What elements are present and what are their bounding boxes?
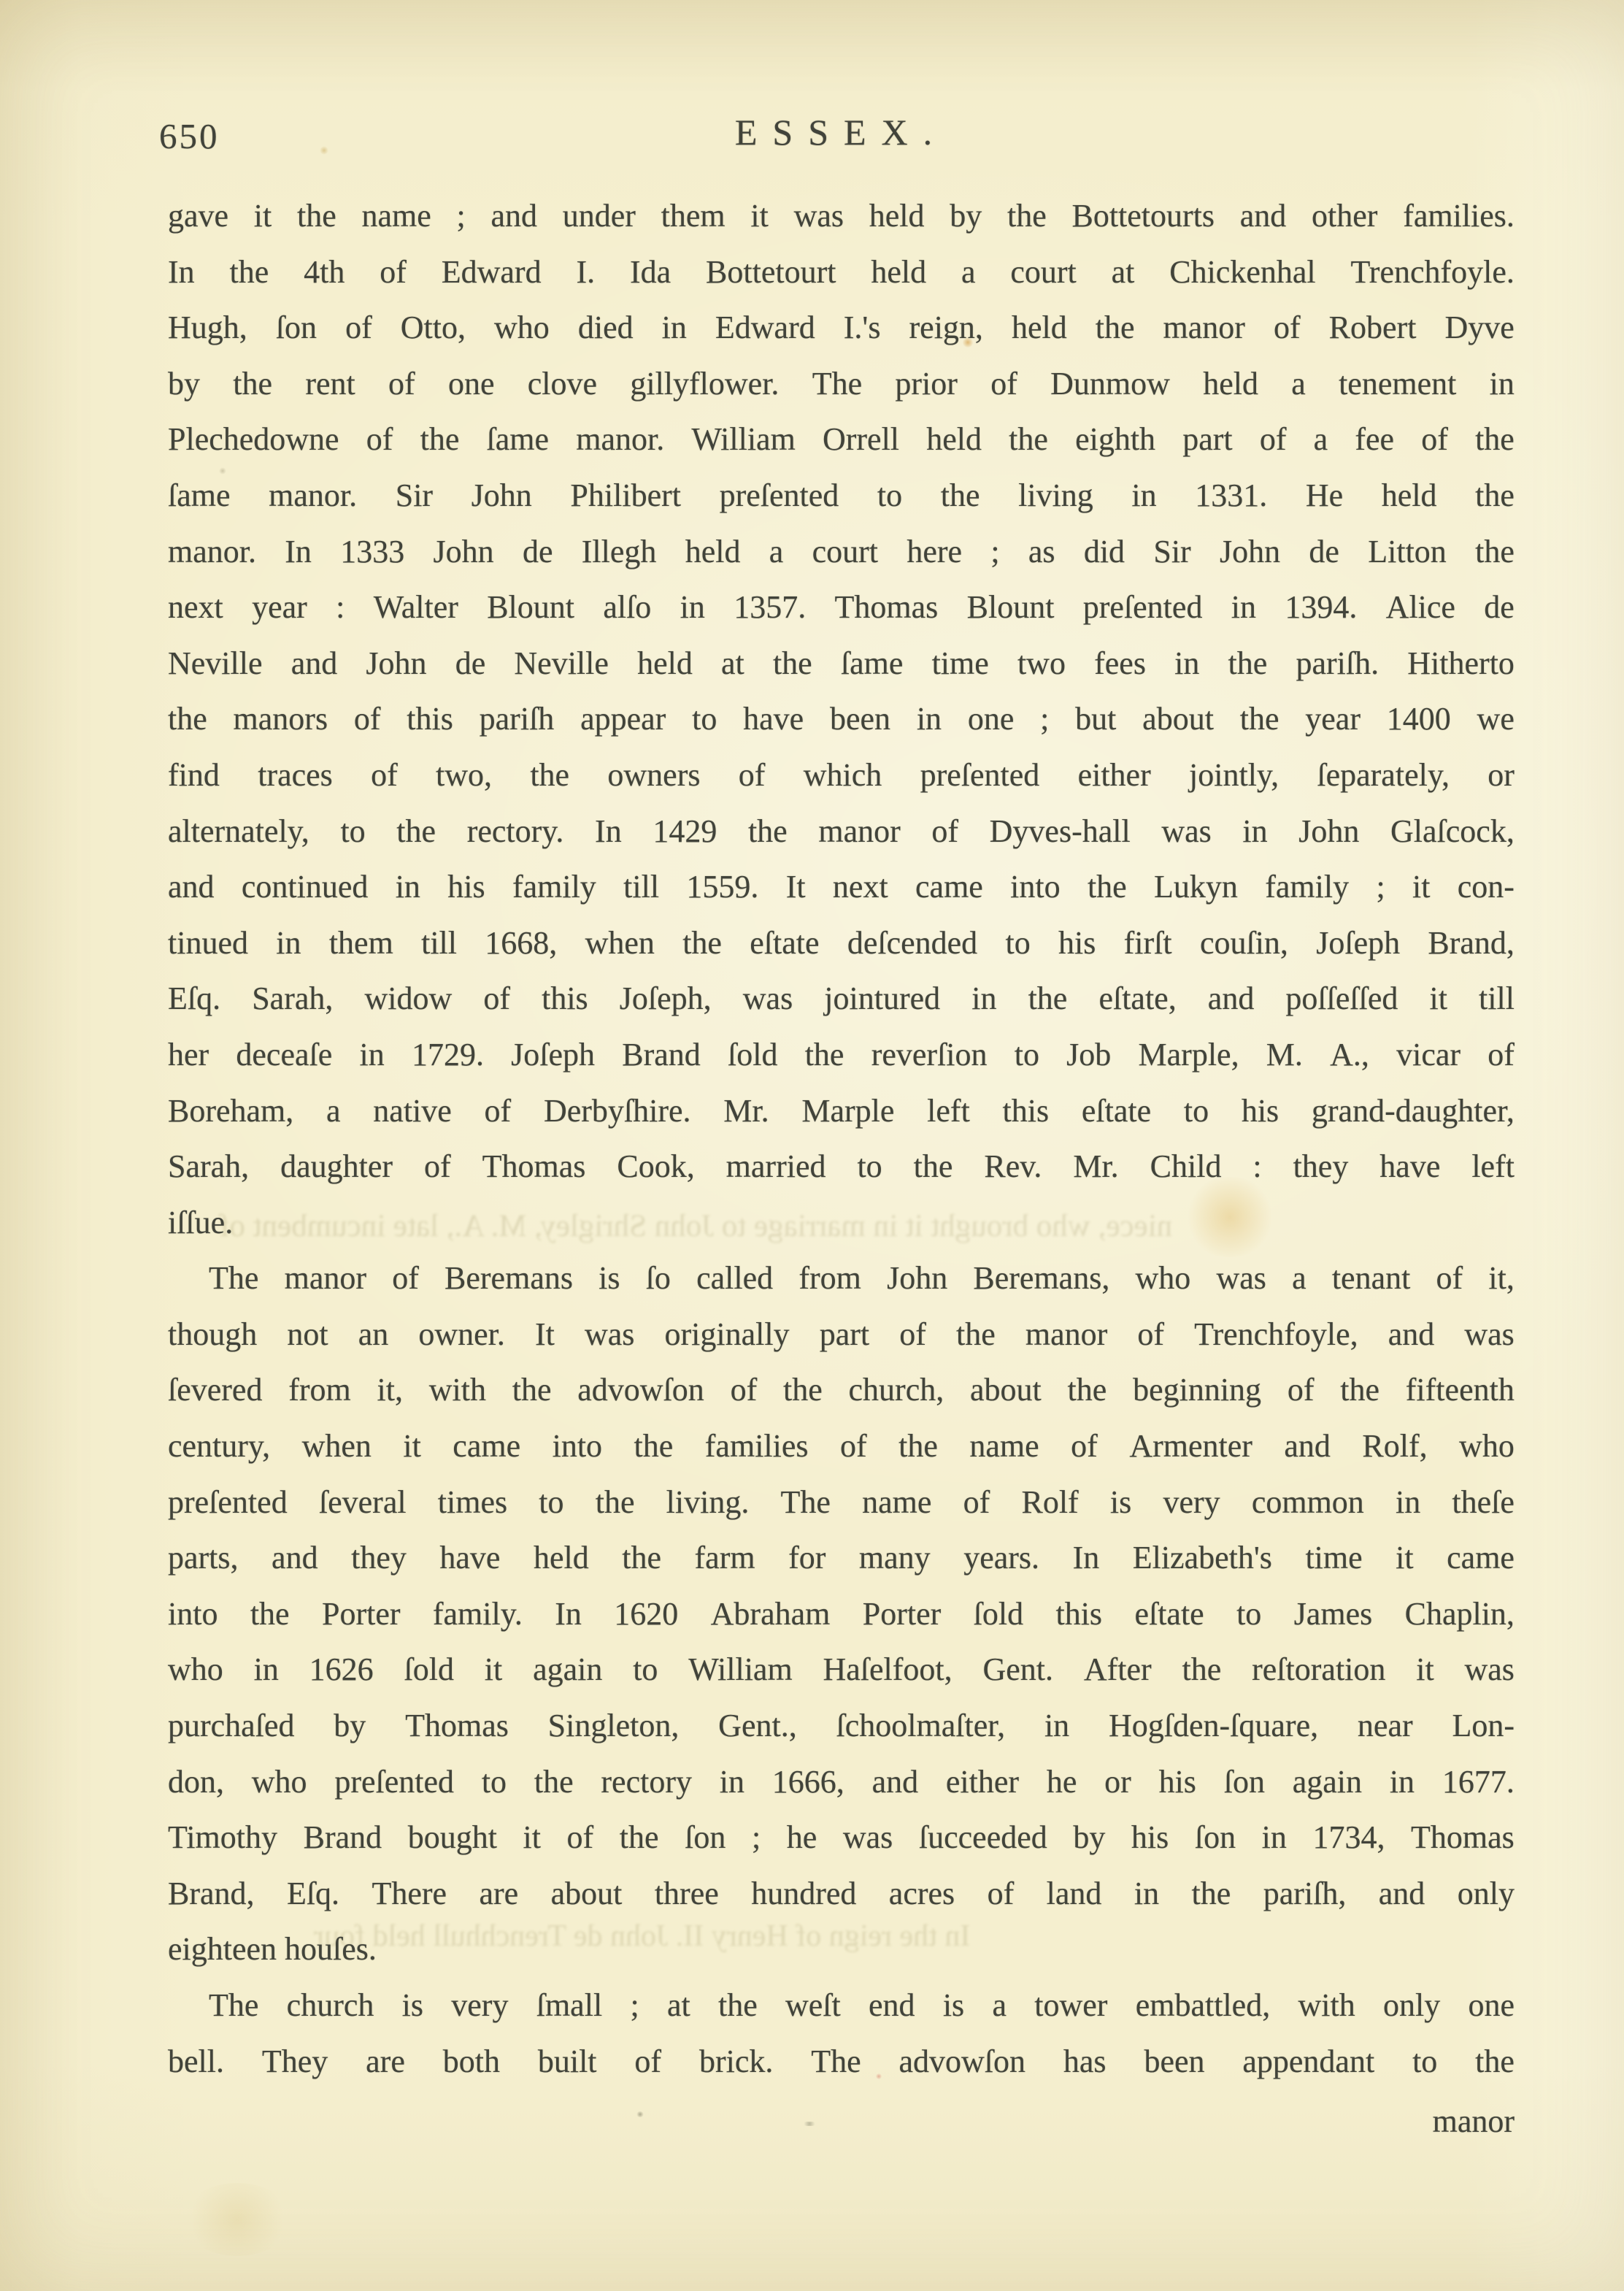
word: common bbox=[1252, 1475, 1364, 1531]
word: in bbox=[917, 691, 942, 748]
word: John bbox=[1298, 804, 1359, 860]
word: came bbox=[453, 1419, 520, 1475]
text-line: century,whenitcameintothefamiliesofthena… bbox=[168, 1419, 1515, 1475]
word: preſented bbox=[168, 1475, 288, 1531]
word: of bbox=[345, 300, 372, 356]
word: built bbox=[538, 2034, 597, 2090]
word: Thomas bbox=[1411, 1810, 1515, 1866]
word: The bbox=[811, 2034, 861, 2090]
word: traces bbox=[258, 748, 333, 804]
word: ſmall bbox=[536, 1978, 602, 2034]
text-line: bytherentofoneclovegillyflower.Theprioro… bbox=[168, 356, 1515, 412]
word: fifteenth bbox=[1406, 1362, 1515, 1419]
word: a bbox=[769, 524, 784, 580]
word: in bbox=[1396, 1475, 1420, 1531]
word: of bbox=[1436, 1251, 1463, 1307]
word: when bbox=[302, 1419, 372, 1475]
word: John bbox=[366, 636, 426, 692]
word: Eſq. bbox=[168, 971, 220, 1027]
word: of bbox=[1274, 300, 1301, 356]
word: in bbox=[1134, 1866, 1159, 1922]
word: an bbox=[358, 1307, 389, 1363]
word: preſented bbox=[720, 468, 839, 524]
word: deceaſe bbox=[236, 1027, 332, 1083]
word: preſented bbox=[1083, 580, 1203, 636]
word: was bbox=[794, 188, 844, 245]
word: century, bbox=[168, 1419, 270, 1475]
word: Walter bbox=[374, 580, 458, 636]
word: have bbox=[1379, 1139, 1440, 1195]
word: Cook, bbox=[617, 1139, 694, 1195]
word: the bbox=[1009, 412, 1048, 468]
text-line: Boreham,anativeofDerbyſhire.Mr.Marplelef… bbox=[168, 1083, 1515, 1140]
word: been bbox=[830, 691, 890, 748]
word: one bbox=[448, 356, 495, 412]
word: a bbox=[992, 1978, 1007, 2034]
word: his bbox=[1242, 1083, 1279, 1140]
word: into bbox=[1010, 859, 1060, 916]
word: Blount bbox=[967, 580, 1055, 636]
word: bought bbox=[408, 1810, 497, 1866]
word: the bbox=[1192, 1866, 1231, 1922]
word: manor bbox=[285, 1251, 366, 1307]
word: part bbox=[1182, 412, 1232, 468]
word: his bbox=[447, 859, 485, 916]
word: into bbox=[168, 1586, 218, 1643]
word: has bbox=[1063, 2034, 1107, 2090]
word: Derbyſhire. bbox=[544, 1083, 691, 1140]
word: Porter bbox=[322, 1586, 401, 1643]
word: reſtoration bbox=[1252, 1642, 1385, 1698]
text-line: nextyear:WalterBlountalſoin1357.ThomasBl… bbox=[168, 580, 1515, 636]
word: and bbox=[1240, 188, 1287, 245]
word: and bbox=[872, 1754, 919, 1811]
word: Brand bbox=[622, 1027, 701, 1083]
word: Trenchfoyle. bbox=[1350, 245, 1514, 301]
word: the bbox=[783, 1362, 823, 1419]
word: family. bbox=[433, 1586, 523, 1643]
word: Thomas bbox=[405, 1698, 509, 1754]
word: the bbox=[1068, 1362, 1107, 1419]
catchword: manor bbox=[168, 2094, 1515, 2149]
word: beginning bbox=[1133, 1362, 1261, 1419]
word: and bbox=[168, 859, 215, 916]
word: continued bbox=[242, 859, 369, 916]
text-line: Plechedowneoftheſamemanor.WilliamOrrellh… bbox=[168, 412, 1515, 468]
word: the bbox=[1240, 691, 1279, 748]
word: been bbox=[1144, 2034, 1204, 2090]
word: the bbox=[250, 1586, 290, 1643]
word: a bbox=[1314, 412, 1328, 468]
word: manor. bbox=[168, 524, 256, 580]
word: families bbox=[705, 1419, 809, 1475]
word: rectory. bbox=[467, 804, 564, 860]
word: many bbox=[859, 1530, 931, 1586]
word: of bbox=[739, 748, 766, 804]
word: at bbox=[721, 636, 744, 692]
word: of bbox=[354, 691, 381, 748]
word: Plechedowne bbox=[168, 412, 339, 468]
word: de bbox=[455, 636, 486, 692]
word: manor. bbox=[269, 468, 357, 524]
word: Abraham bbox=[711, 1586, 831, 1643]
word: preſented bbox=[334, 1754, 454, 1811]
word: : bbox=[336, 580, 345, 636]
word: Joſeph bbox=[1316, 916, 1400, 972]
word: is bbox=[943, 1978, 964, 2034]
word: It bbox=[535, 1307, 555, 1363]
word: years. bbox=[963, 1530, 1039, 1586]
word: gave bbox=[168, 188, 228, 245]
word: two bbox=[1017, 636, 1066, 692]
word: church bbox=[287, 1978, 374, 2034]
word: in bbox=[360, 1027, 385, 1083]
word: of bbox=[392, 1251, 419, 1307]
word: it bbox=[523, 1810, 541, 1866]
word: After bbox=[1084, 1642, 1152, 1698]
word: to bbox=[692, 691, 717, 748]
word: it bbox=[254, 188, 272, 245]
text-line: Eſq.Sarah,widowofthisJoſeph,wasjointured… bbox=[168, 971, 1515, 1027]
word: Gent., bbox=[718, 1698, 797, 1754]
text-line: don,whopreſentedtotherectoryin1666,andei… bbox=[168, 1754, 1515, 1811]
page-header: 650 ESSEX. bbox=[168, 111, 1515, 164]
word: in bbox=[1044, 1698, 1069, 1754]
word: Edward bbox=[715, 300, 815, 356]
word: de bbox=[1309, 524, 1339, 580]
word: Sarah, bbox=[168, 1139, 249, 1195]
word: poſſeſſed bbox=[1285, 971, 1398, 1027]
word: this bbox=[407, 691, 453, 748]
word: ſold bbox=[404, 1642, 454, 1698]
word: The bbox=[812, 356, 862, 412]
word: Bottetourt bbox=[706, 245, 836, 301]
word: though bbox=[168, 1307, 257, 1363]
word: families. bbox=[1403, 188, 1515, 245]
word: is bbox=[1110, 1475, 1131, 1531]
word: he bbox=[1047, 1754, 1077, 1811]
word: prior bbox=[895, 356, 958, 412]
word: part bbox=[820, 1307, 869, 1363]
word: only bbox=[1458, 1866, 1515, 1922]
word: pariſh. bbox=[1296, 636, 1379, 692]
word: 1734, bbox=[1312, 1810, 1385, 1866]
word: the bbox=[941, 468, 980, 524]
word: Eſq. bbox=[287, 1866, 339, 1922]
word: with bbox=[429, 1362, 486, 1419]
word: The bbox=[209, 1978, 258, 2034]
running-title: ESSEX. bbox=[168, 111, 1515, 153]
word: in bbox=[720, 1754, 744, 1811]
word: it, bbox=[377, 1362, 403, 1419]
word: tinued bbox=[168, 916, 248, 972]
word: daughter bbox=[280, 1139, 393, 1195]
word: He bbox=[1306, 468, 1343, 524]
word: of bbox=[899, 1307, 926, 1363]
word: reverſion bbox=[871, 1027, 988, 1083]
word: of bbox=[485, 1083, 512, 1140]
word: in bbox=[1490, 356, 1515, 412]
word: tenement bbox=[1339, 356, 1456, 412]
word: who bbox=[252, 1754, 307, 1811]
word: Thomas bbox=[835, 580, 939, 636]
word: by bbox=[334, 1698, 366, 1754]
word: they bbox=[1293, 1139, 1349, 1195]
word: them bbox=[661, 188, 726, 245]
word: next bbox=[833, 859, 888, 916]
word: left bbox=[927, 1083, 970, 1140]
word: 1666, bbox=[772, 1754, 844, 1811]
word: Litton bbox=[1368, 524, 1447, 580]
word: not bbox=[287, 1307, 328, 1363]
word: held bbox=[926, 412, 982, 468]
word: came bbox=[915, 859, 983, 916]
word: Armenter bbox=[1129, 1419, 1252, 1475]
word: of bbox=[1288, 1362, 1315, 1419]
word: who bbox=[494, 300, 550, 356]
word: the bbox=[1088, 859, 1127, 916]
word: the bbox=[956, 1307, 996, 1363]
text-line: whoin1626ſolditagaintoWilliamHaſelfoot,G… bbox=[168, 1642, 1515, 1698]
word: in bbox=[1231, 580, 1256, 636]
word: came bbox=[1447, 1530, 1515, 1586]
word: in bbox=[1390, 1754, 1415, 1811]
word: ſame bbox=[841, 636, 904, 692]
word: ſeparately, bbox=[1317, 748, 1450, 804]
word: manor bbox=[1163, 300, 1245, 356]
word: again bbox=[533, 1642, 602, 1698]
word: by bbox=[1073, 1810, 1105, 1866]
text-line: tinuedinthemtill1668,whentheeſtatedeſcen… bbox=[168, 916, 1515, 972]
word: the bbox=[1475, 468, 1515, 524]
word: of bbox=[731, 1362, 758, 1419]
word: Beremans bbox=[445, 1251, 573, 1307]
word: fees bbox=[1094, 636, 1146, 692]
word: living. bbox=[666, 1475, 750, 1531]
word: Lon- bbox=[1452, 1698, 1515, 1754]
word: land bbox=[1047, 1866, 1102, 1922]
word: the bbox=[622, 1530, 661, 1586]
word: eſtate bbox=[1134, 1586, 1204, 1643]
word: was bbox=[743, 971, 793, 1027]
word: pariſh, bbox=[1263, 1866, 1347, 1922]
word: Lukyn bbox=[1154, 859, 1238, 916]
word: grand-daughter, bbox=[1312, 1083, 1515, 1140]
word: to bbox=[1015, 1027, 1039, 1083]
word: ſold bbox=[728, 1027, 777, 1083]
word: ſame bbox=[487, 412, 550, 468]
word: two, bbox=[436, 748, 492, 804]
text-line: alternately,totherectory.In1429themanoro… bbox=[168, 804, 1515, 860]
word: was bbox=[1161, 804, 1211, 860]
word: called bbox=[696, 1251, 773, 1307]
word: Hugh, bbox=[168, 300, 247, 356]
word: Beremans, bbox=[973, 1251, 1109, 1307]
word: it bbox=[485, 1642, 502, 1698]
word: or bbox=[1488, 748, 1515, 804]
word: find bbox=[168, 748, 220, 804]
word: both bbox=[443, 2034, 500, 2090]
word: the bbox=[718, 1978, 758, 2034]
text-line: themanorsofthispariſhappeartohavebeenino… bbox=[168, 691, 1515, 748]
word: from bbox=[798, 1251, 861, 1307]
word: pariſh bbox=[480, 691, 555, 748]
word: by bbox=[168, 356, 200, 412]
word: it bbox=[1416, 1642, 1433, 1698]
word: James bbox=[1294, 1586, 1373, 1643]
word: hundred bbox=[751, 1866, 856, 1922]
word: 1559. bbox=[686, 859, 758, 916]
word: Mr. bbox=[1073, 1139, 1118, 1195]
word: Sir bbox=[1153, 524, 1190, 580]
text-line: thoughnotanowner.Itwasoriginallypartofth… bbox=[168, 1307, 1515, 1363]
word: weſt bbox=[785, 1978, 841, 2034]
text-line: TimothyBrandboughtitoftheſon;hewasſuccee… bbox=[168, 1810, 1515, 1866]
word: jointly, bbox=[1189, 748, 1279, 804]
word: M. bbox=[1266, 1027, 1303, 1083]
word: the bbox=[1096, 300, 1135, 356]
word: owner. bbox=[418, 1307, 505, 1363]
word: family bbox=[512, 859, 596, 916]
word: he bbox=[787, 1810, 817, 1866]
word: till bbox=[421, 916, 457, 972]
word: Robert bbox=[1329, 300, 1417, 356]
word: to bbox=[1005, 916, 1030, 972]
word: his bbox=[1159, 1754, 1196, 1811]
word: of bbox=[424, 1139, 451, 1195]
word: of bbox=[1071, 1419, 1098, 1475]
word: widow bbox=[364, 971, 452, 1027]
word: of bbox=[990, 356, 1017, 412]
word: held bbox=[637, 636, 693, 692]
word: in bbox=[1131, 468, 1156, 524]
word: we bbox=[1477, 691, 1515, 748]
word: to bbox=[340, 804, 365, 860]
word: Dyve bbox=[1444, 300, 1514, 356]
word: a bbox=[326, 1083, 341, 1140]
word: it bbox=[750, 188, 768, 245]
word: William bbox=[688, 1642, 792, 1698]
word: held bbox=[1382, 468, 1437, 524]
word: They bbox=[262, 2034, 328, 2090]
text-line: Inthe4thofEdwardI.IdaBottetourtheldacour… bbox=[168, 245, 1515, 301]
word: but bbox=[1075, 691, 1116, 748]
word: ſo bbox=[646, 1251, 671, 1307]
word: John bbox=[434, 524, 494, 580]
word: again bbox=[1293, 1754, 1362, 1811]
word: next bbox=[168, 580, 223, 636]
word: Orrell bbox=[823, 412, 899, 468]
word: 1626 bbox=[309, 1642, 374, 1698]
word: when bbox=[585, 916, 655, 972]
word: the bbox=[620, 1810, 659, 1866]
word: de bbox=[1484, 580, 1515, 636]
word: near bbox=[1358, 1698, 1413, 1754]
word: the bbox=[512, 1362, 552, 1419]
word: tower bbox=[1034, 1978, 1107, 2034]
word: Elizabeth's bbox=[1133, 1530, 1272, 1586]
word: and bbox=[1379, 1866, 1425, 1922]
word: eſtate, bbox=[1098, 971, 1176, 1027]
word: his bbox=[1131, 1810, 1169, 1866]
word: left bbox=[1471, 1139, 1515, 1195]
word: it bbox=[1412, 859, 1430, 916]
word: 1400 bbox=[1387, 691, 1451, 748]
word: they bbox=[351, 1530, 407, 1586]
word: Alice bbox=[1386, 580, 1455, 636]
book-page: niece, who brought it in marriage to Joh… bbox=[0, 0, 1624, 2291]
word: con- bbox=[1458, 859, 1515, 916]
word: ſold bbox=[974, 1586, 1023, 1643]
word: Dunmow bbox=[1050, 356, 1170, 412]
word: don, bbox=[168, 1754, 224, 1811]
word: till bbox=[623, 859, 659, 916]
word: Rolf bbox=[1021, 1475, 1078, 1531]
word: are bbox=[480, 1866, 519, 1922]
word: family bbox=[1265, 859, 1349, 916]
word: them bbox=[329, 916, 393, 972]
word: appear bbox=[580, 691, 666, 748]
word: other bbox=[1312, 188, 1377, 245]
word: time bbox=[1305, 1530, 1362, 1586]
word: in bbox=[662, 300, 687, 356]
word: and bbox=[291, 636, 338, 692]
word: it bbox=[403, 1419, 420, 1475]
text-line: gaveitthename;andunderthemitwasheldbythe… bbox=[168, 188, 1515, 245]
word: tenant bbox=[1332, 1251, 1411, 1307]
word: to bbox=[482, 1754, 507, 1811]
word: and bbox=[1284, 1419, 1331, 1475]
word: Mr. bbox=[723, 1083, 769, 1140]
word: Dyves-hall bbox=[990, 804, 1131, 860]
word: Glaſcock, bbox=[1390, 804, 1515, 860]
word: the bbox=[396, 804, 436, 860]
word: the bbox=[805, 1027, 844, 1083]
word: the bbox=[1228, 636, 1268, 692]
word: ſchoolmaſter, bbox=[836, 1698, 1006, 1754]
word: church, bbox=[849, 1362, 944, 1419]
word: either bbox=[946, 1754, 1019, 1811]
word: till bbox=[1479, 971, 1515, 1027]
word: Boreham, bbox=[168, 1083, 293, 1140]
word: court bbox=[1010, 245, 1076, 301]
word: 4th bbox=[304, 245, 345, 301]
word: ſeveral bbox=[319, 1475, 407, 1531]
word: Bottetourts bbox=[1071, 188, 1215, 245]
word: rent bbox=[305, 356, 355, 412]
word: of bbox=[366, 412, 393, 468]
word: farm bbox=[695, 1530, 755, 1586]
word: who bbox=[168, 1642, 223, 1698]
word: the bbox=[596, 1475, 635, 1531]
word: John bbox=[1220, 524, 1280, 580]
word: or bbox=[1104, 1754, 1131, 1811]
word: 1729. bbox=[412, 1027, 484, 1083]
word: of bbox=[380, 245, 407, 301]
word: did bbox=[1084, 524, 1125, 580]
word: 1333 bbox=[340, 524, 404, 580]
word: firſt bbox=[1124, 916, 1172, 972]
word: brick. bbox=[699, 2034, 773, 2090]
text-line: Hugh,ſonofOtto,whodiedinEdwardI.'sreign,… bbox=[168, 300, 1515, 356]
word: year bbox=[1305, 691, 1361, 748]
word: Joſeph bbox=[511, 1027, 595, 1083]
word: in bbox=[971, 971, 996, 1027]
word: manor bbox=[818, 804, 900, 860]
word: eighth bbox=[1075, 412, 1155, 468]
word: one bbox=[1468, 1978, 1515, 2034]
word: which bbox=[804, 748, 882, 804]
